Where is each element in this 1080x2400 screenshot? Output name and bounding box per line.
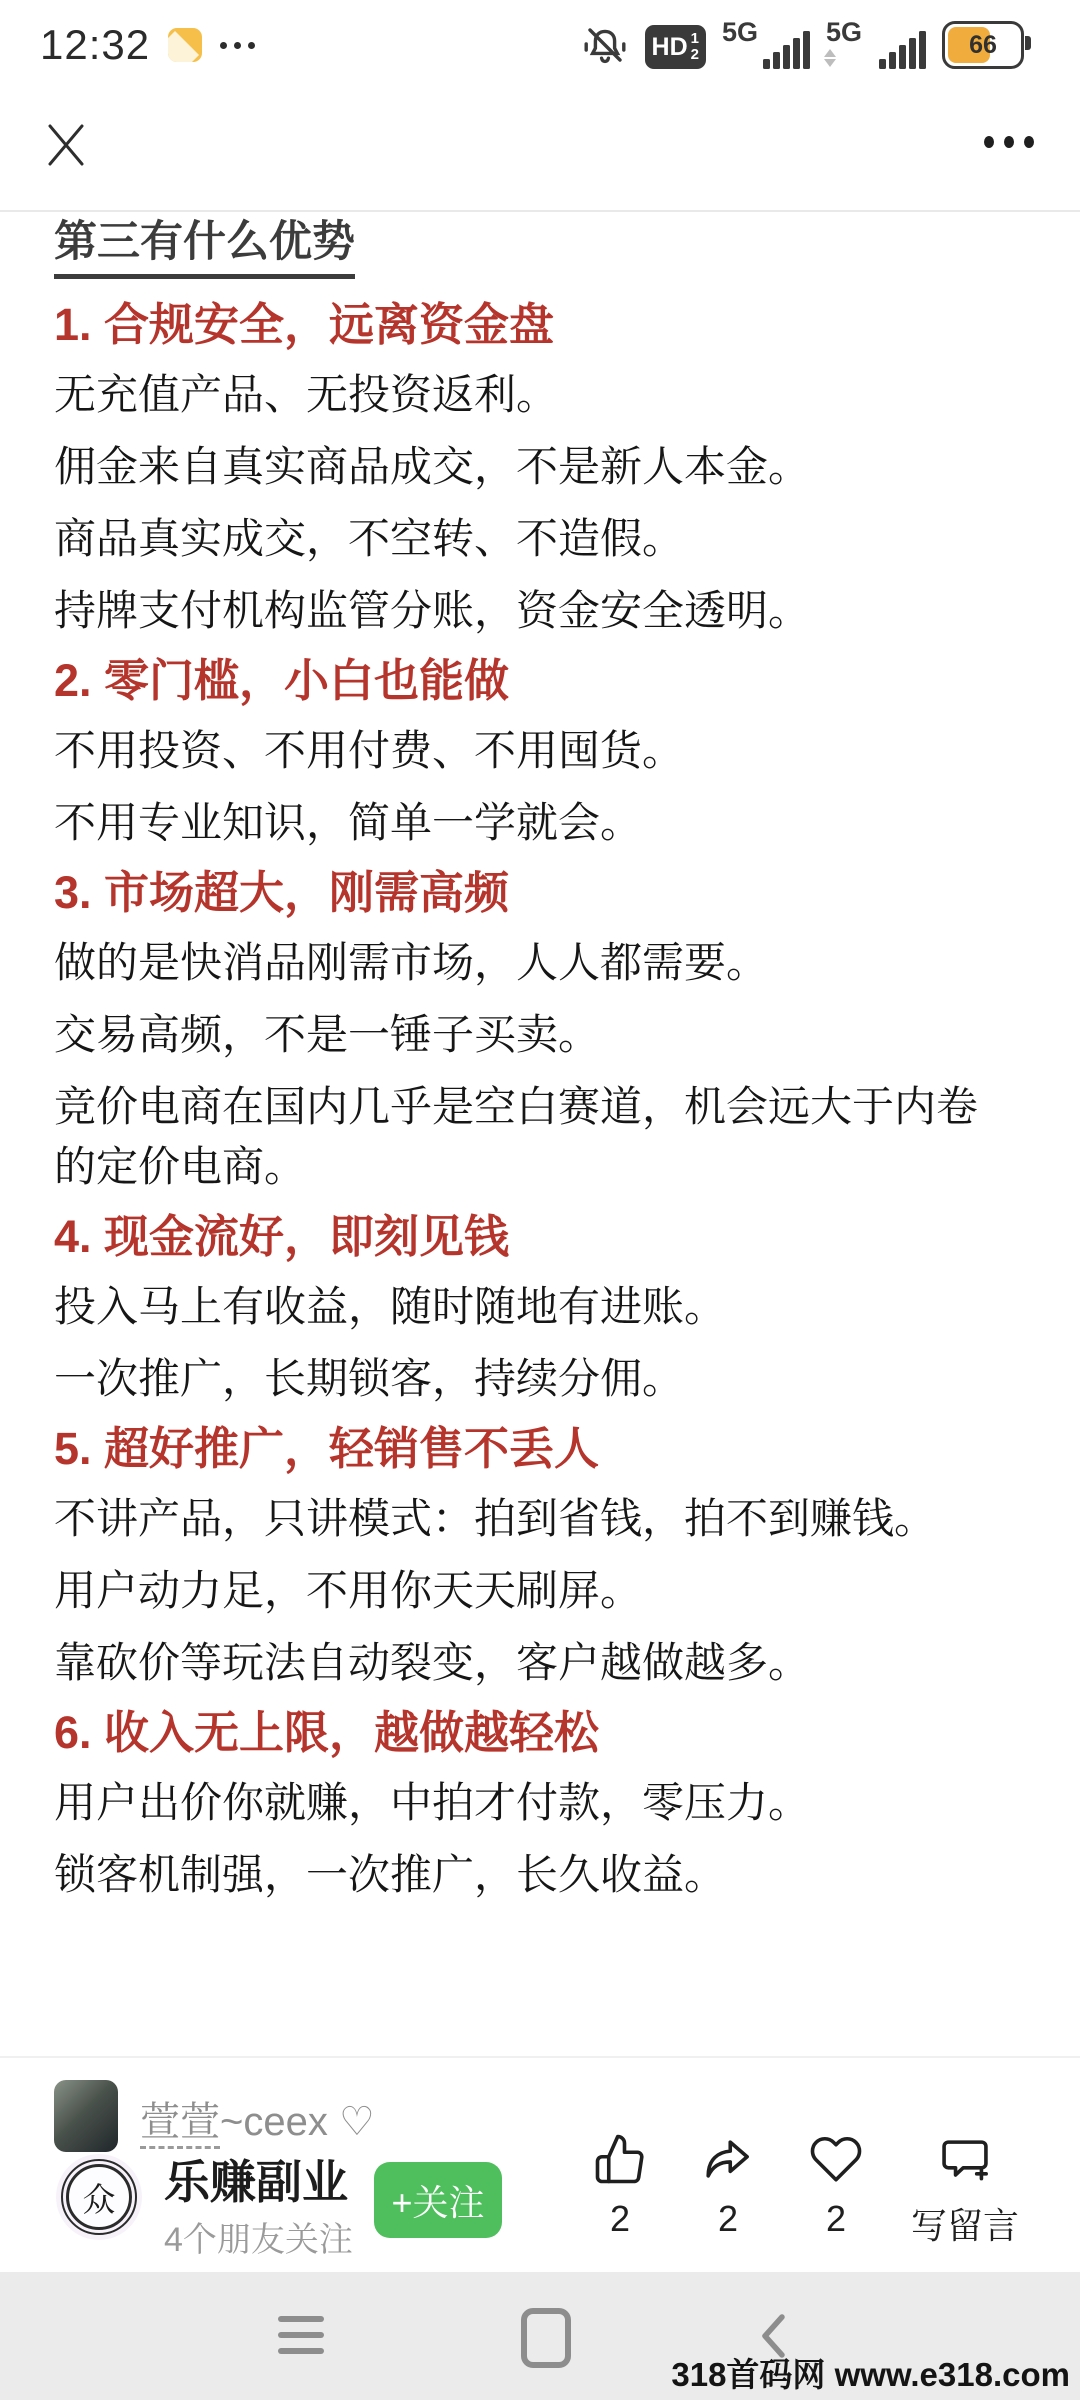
signal-bars-icon-1: 5G xyxy=(722,19,810,71)
author-avatar[interactable] xyxy=(54,2080,118,2152)
comment-button[interactable]: 写留言 xyxy=(890,2132,1040,2249)
hd-voice-badge: HD 1 2 xyxy=(645,25,706,69)
account-logo[interactable]: 众 xyxy=(56,2154,142,2240)
section-heading: 1. 合规安全，远离资金盘 xyxy=(54,297,1008,353)
hd-sim1: 1 xyxy=(691,31,699,47)
battery-percent: 66 xyxy=(945,24,1021,66)
paragraph: 一次推广，长期锁客，持续分佣。 xyxy=(54,1349,1008,1409)
author-name-rest: ~ceex ♡ xyxy=(220,2100,375,2144)
section-heading: 6. 收入无上限，越做越轻松 xyxy=(54,1705,1008,1761)
more-options-icon[interactable] xyxy=(984,136,1034,148)
article-body: 第三有什么优势 1. 合规安全，远离资金盘无充值产品、无投资返利。佣金来自真实商… xyxy=(54,218,1008,1917)
thumbs-up-icon xyxy=(593,2132,647,2186)
follow-button[interactable]: +关注 xyxy=(374,2162,502,2238)
favorite-count: 2 xyxy=(826,2198,846,2240)
paragraph: 持牌支付机构监管分账，资金安全透明。 xyxy=(54,581,1008,641)
like-count: 2 xyxy=(610,2198,630,2240)
paragraph: 做的是快消品刚需市场，人人都需要。 xyxy=(54,933,1008,993)
like-button[interactable]: 2 xyxy=(566,2132,674,2249)
divider xyxy=(0,210,1080,212)
paragraph: 锁客机制强，一次推广，长久收益。 xyxy=(54,1845,1008,1905)
engagement-bar: 2 2 2 写留言 xyxy=(566,2132,1040,2249)
comment-label: 写留言 xyxy=(911,2198,1019,2249)
hd-label: HD xyxy=(652,33,688,62)
paragraph: 用户动力足，不用你天天刷屏。 xyxy=(54,1561,1008,1621)
phone-screen: 12:32 HD 1 2 5G 5G xyxy=(0,0,1080,2400)
paragraph: 靠砍价等玩法自动裂变，客户越做越多。 xyxy=(54,1633,1008,1693)
share-count: 2 xyxy=(718,2198,738,2240)
paragraph: 佣金来自真实商品成交，不是新人本金。 xyxy=(54,437,1008,497)
article-section-title: 第三有什么优势 xyxy=(54,218,355,279)
battery-icon: 66 xyxy=(942,21,1024,69)
network-type-label: 5G xyxy=(722,17,758,48)
section-heading: 4. 现金流好，即刻见钱 xyxy=(54,1209,1008,1265)
share-icon xyxy=(701,2132,755,2186)
account-name[interactable]: 乐赚副业 xyxy=(164,2146,348,2212)
menu-icon[interactable] xyxy=(278,2316,324,2354)
muted-bell-icon xyxy=(581,23,629,71)
paragraph: 商品真实成交，不空转、不造假。 xyxy=(54,509,1008,569)
paragraph: 交易高频，不是一锤子买卖。 xyxy=(54,1005,1008,1065)
share-button[interactable]: 2 xyxy=(674,2132,782,2249)
status-bar-right: HD 1 2 5G 5G 66 xyxy=(581,19,1024,71)
paragraph: 用户出价你就赚，中拍才付款，零压力。 xyxy=(54,1773,1008,1833)
paragraph: 竞价电商在国内几乎是空白赛道，机会远大于内卷的定价电商。 xyxy=(54,1077,1008,1197)
notes-app-icon xyxy=(168,28,202,62)
heart-icon xyxy=(809,2132,863,2186)
network-type-label: 5G xyxy=(826,17,862,48)
post-footer: 萱萱~ceex ♡ 众 乐赚副业 4个朋友关注 +关注 2 2 xyxy=(0,2056,1080,2272)
toolbar xyxy=(0,84,1080,210)
status-bar-left: 12:32 xyxy=(40,21,255,69)
section-heading: 3. 市场超大，刚需高频 xyxy=(54,865,1008,921)
author-name-emphasized: 萱萱 xyxy=(140,2100,220,2149)
section-heading: 5. 超好推广，轻销售不丢人 xyxy=(54,1421,1008,1477)
ellipsis-icon xyxy=(220,42,255,49)
status-bar: 12:32 HD 1 2 5G 5G xyxy=(0,0,1080,84)
clock: 12:32 xyxy=(40,21,150,69)
hd-sim2: 2 xyxy=(691,47,699,63)
section-heading: 2. 零门槛，小白也能做 xyxy=(54,653,1008,709)
author-name: 萱萱~ceex ♡ xyxy=(140,2090,375,2147)
data-transfer-arrows-icon xyxy=(824,49,836,67)
account-logo-glyph: 众 xyxy=(66,2164,132,2230)
comment-icon xyxy=(938,2132,992,2186)
close-icon[interactable] xyxy=(42,118,90,172)
paragraph: 不用专业知识，简单一学就会。 xyxy=(54,793,1008,853)
paragraph: 无充值产品、无投资返利。 xyxy=(54,365,1008,425)
favorite-button[interactable]: 2 xyxy=(782,2132,890,2249)
system-nav-bar: 318首码网 www.e318.com xyxy=(0,2272,1080,2400)
paragraph: 投入马上有收益，随时随地有进账。 xyxy=(54,1277,1008,1337)
signal-bars-icon-2: 5G xyxy=(826,19,926,71)
site-watermark: 318首码网 www.e318.com xyxy=(671,2349,1070,2396)
paragraph: 不用投资、不用付费、不用囤货。 xyxy=(54,721,1008,781)
article-blocks: 1. 合规安全，远离资金盘无充值产品、无投资返利。佣金来自真实商品成交，不是新人… xyxy=(54,297,1008,1905)
paragraph: 不讲产品，只讲模式：拍到省钱，拍不到赚钱。 xyxy=(54,1489,1008,1549)
home-icon[interactable] xyxy=(521,2308,571,2368)
account-followers-note: 4个朋友关注 xyxy=(164,2212,353,2261)
